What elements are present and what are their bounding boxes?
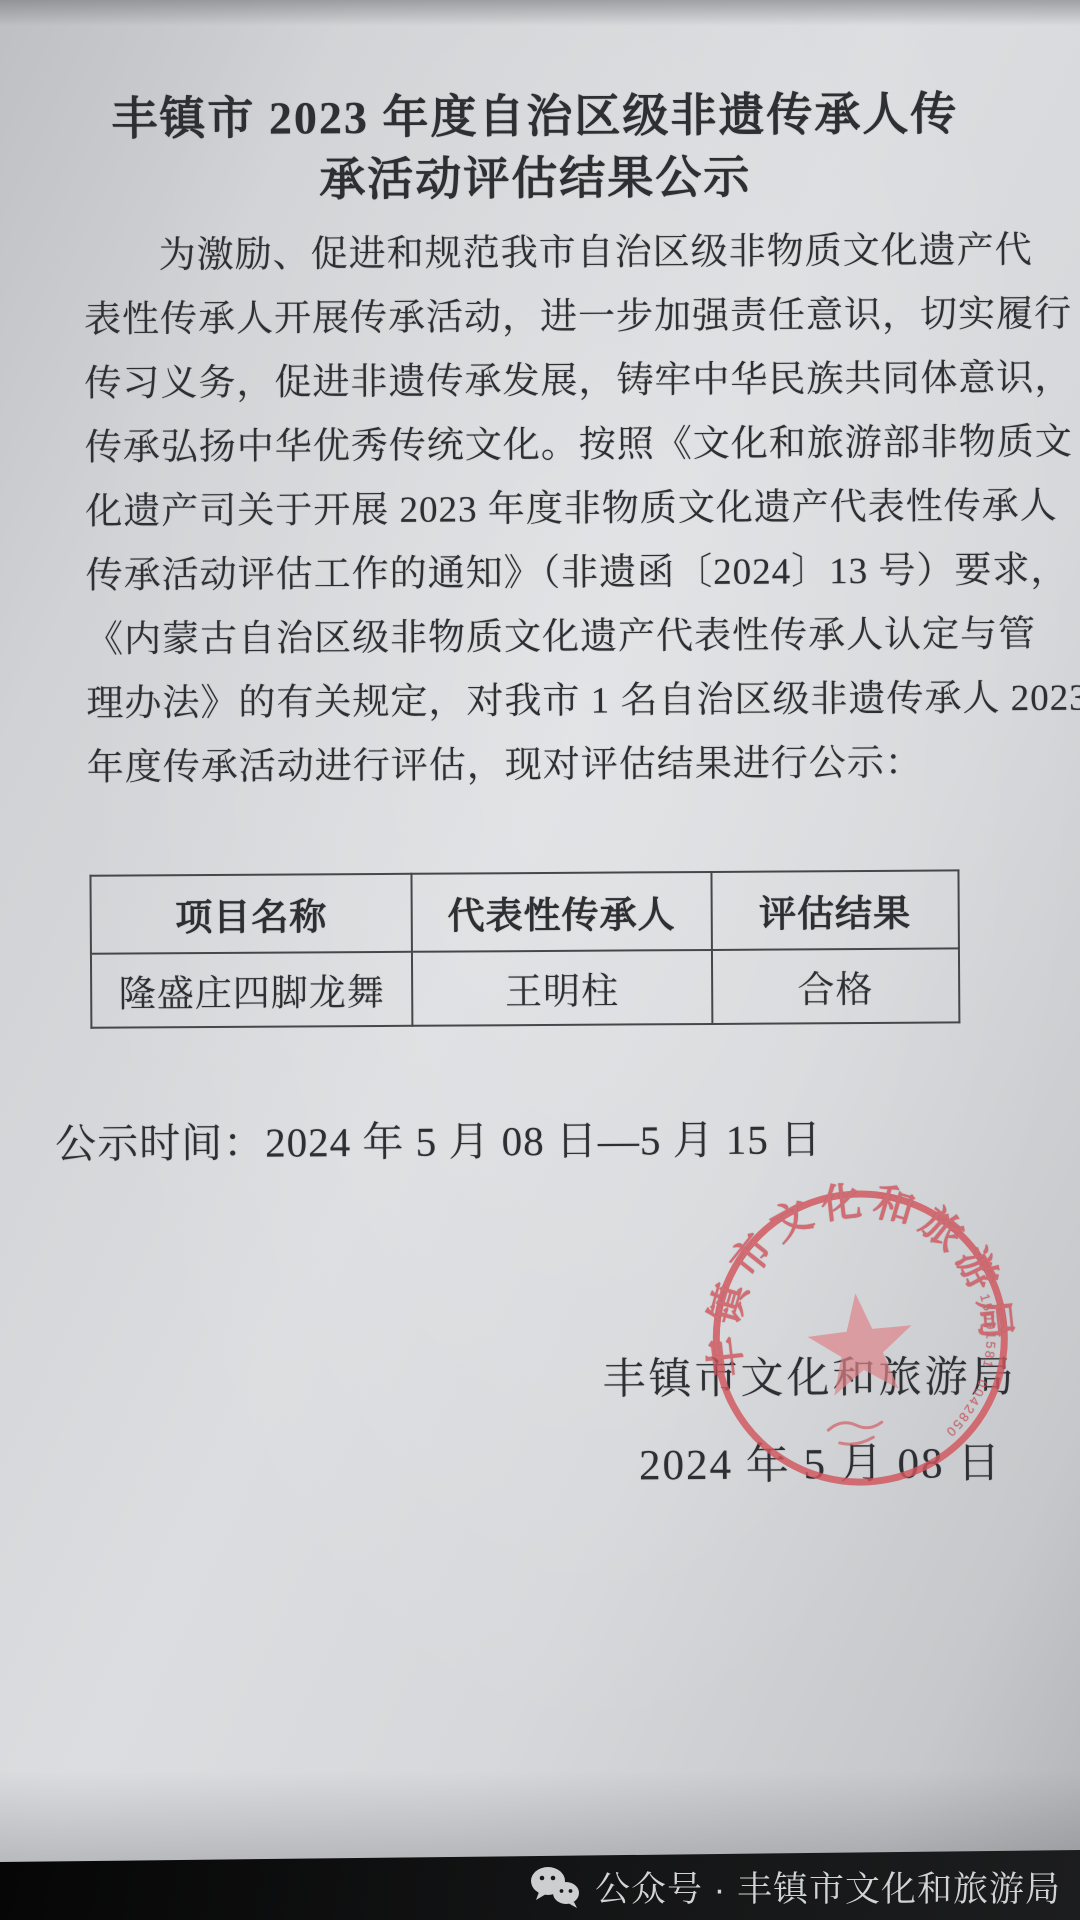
body-line: 表性传承人开展传承活动，进一步加强责任意识，切实履行 <box>84 283 1030 353</box>
document-body: 为激励、促进和规范我市自治区级非物质文化遗产代 表性传承人开展传承活动，进一步加… <box>84 219 1034 801</box>
body-line: 理办法》的有关规定，对我市 1 名自治区级非遗传承人 2023 <box>86 667 1032 737</box>
body-line: 为激励、促进和规范我市自治区级非物质文化遗产代 <box>84 219 1030 289</box>
body-line: 化遗产司关于开展 2023 年度非物质文化遗产代表性传承人 <box>85 475 1031 545</box>
notice-period: 公示时间：2024 年 5 月 08 日—5 月 15 日 <box>55 1106 822 1170</box>
body-line: 传承活动评估工作的通知》（非遗函〔2024〕13 号）要求， <box>85 539 1031 609</box>
table-row: 隆盛庄四脚龙舞 王明柱 合格 <box>91 948 959 1027</box>
issue-date: 2024 年 5 月 08 日 <box>639 1429 1003 1492</box>
body-line: 传习义务，促进非遗传承发展，铸牢中华民族共同体意识， <box>84 347 1030 417</box>
document-title: 丰镇市 2023 年度自治区级非遗传承人传 承活动评估结果公示 <box>35 83 1036 213</box>
table-header-row: 项目名称 代表性传承人 评估结果 <box>90 870 958 953</box>
issuer-signature: 丰镇市文化和旅游局 <box>602 1343 1016 1407</box>
title-line-2: 承活动评估结果公示 <box>35 145 1035 213</box>
document-photo: 丰镇市 2023 年度自治区级非遗传承人传 承活动评估结果公示 为激励、促进和规… <box>0 0 1080 1920</box>
document-content: 丰镇市 2023 年度自治区级非遗传承人传 承活动评估结果公示 为激励、促进和规… <box>0 0 1080 1920</box>
body-line: 《内蒙古自治区级非物质文化遗产代表性传承人认定与管 <box>86 603 1032 673</box>
cell-result: 合格 <box>712 948 960 1024</box>
cell-project-name: 隆盛庄四脚龙舞 <box>91 952 413 1028</box>
body-line: 传承弘扬中华优秀传统文化。按照《文化和旅游部非物质文 <box>85 411 1031 481</box>
header-project-name: 项目名称 <box>90 874 412 954</box>
header-result: 评估结果 <box>711 870 959 950</box>
wechat-account-label: 公众号 · 丰镇市文化和旅游局 <box>595 1862 1061 1912</box>
cell-inheritor: 王明柱 <box>412 950 712 1026</box>
title-line-1: 丰镇市 2023 年度自治区级非遗传承人传 <box>35 83 1035 151</box>
body-line: 年度传承活动进行评估，现对评估结果进行公示： <box>87 731 1033 801</box>
header-inheritor: 代表性传承人 <box>412 872 712 952</box>
evaluation-result-table: 项目名称 代表性传承人 评估结果 隆盛庄四脚龙舞 王明柱 合格 <box>89 869 960 1028</box>
wechat-icon <box>529 1865 581 1909</box>
